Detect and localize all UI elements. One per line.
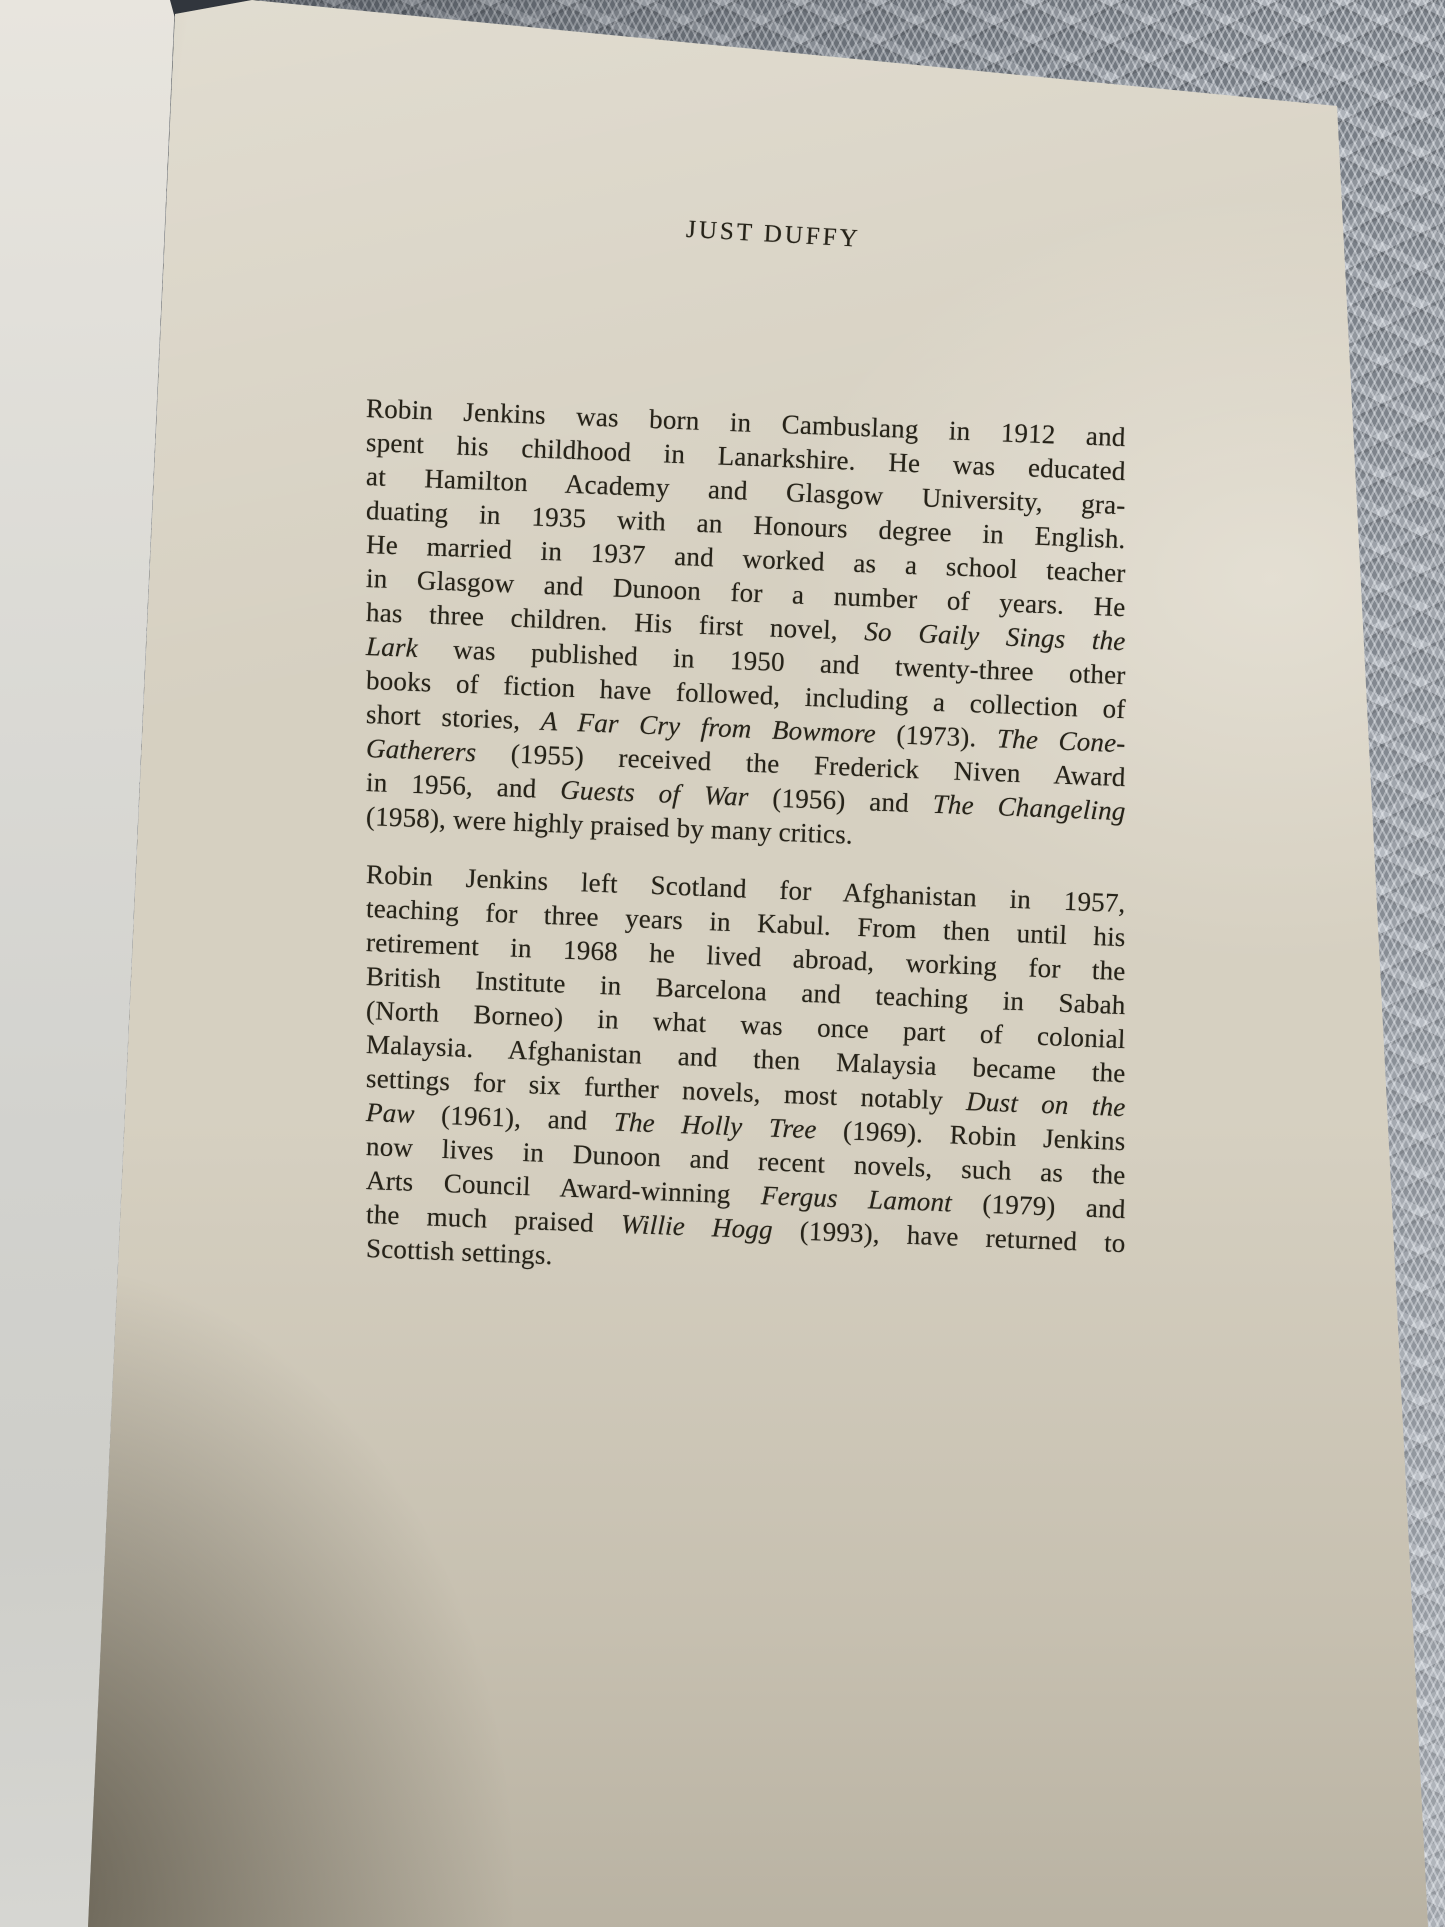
printed-content: JUST DUFFY Robin Jenkins was born in Cam… <box>366 195 1126 1265</box>
page-header-title: JUST DUFFY <box>365 195 1126 271</box>
paragraph: Robin Jenkins left Scotland for Afghanis… <box>366 857 1126 1265</box>
photo-open-book-on-blanket: JUST DUFFY Robin Jenkins was born in Cam… <box>0 0 1445 1927</box>
author-bio-text: Robin Jenkins was born in Cambuslang in … <box>366 391 1126 1265</box>
book-page: JUST DUFFY Robin Jenkins was born in Cam… <box>0 0 1445 1927</box>
paragraph: Robin Jenkins was born in Cambuslang in … <box>366 391 1126 833</box>
